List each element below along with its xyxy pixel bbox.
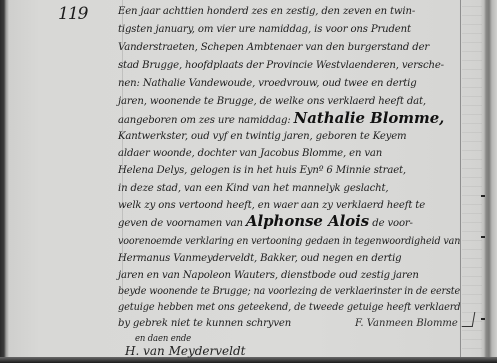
text-line: aangeboren om zes ure namiddag: Nathalie… xyxy=(118,112,460,127)
mother-name: Nathalie Blomme, xyxy=(294,109,445,127)
text-line: Hermanus Vanmeyderveldt, Bakker, oud neg… xyxy=(118,253,460,265)
text-line-suffix: de voor- xyxy=(372,218,413,229)
text-line: welk zy ons vertoond heeft, en waer aan … xyxy=(118,200,460,212)
gutter-mark xyxy=(481,195,485,197)
text-line: beyde woonende te Brugge; na voorlezing … xyxy=(118,286,442,298)
text-line: voorenoemde verklaring en vertooning ged… xyxy=(118,236,442,248)
margin-rule-right xyxy=(460,0,461,358)
child-name: Alphonse Alois xyxy=(246,212,369,230)
registrar-signature: H. van Meyderveldt xyxy=(125,344,245,358)
declarant-signature: F. Vanmeen Blomme xyxy=(355,318,458,329)
text-line-prefix: geven de voornamen van xyxy=(118,218,243,229)
gutter-mark xyxy=(481,318,485,320)
text-line: jaren, woonende te Brugge, de welke ons … xyxy=(118,96,460,108)
text-line: in deze stad, van een Kind van het manne… xyxy=(118,183,460,195)
gutter-mark xyxy=(481,236,485,238)
text-line: nen: Nathalie Vandewoude, vroedvrouw, ou… xyxy=(118,78,460,90)
text-line: Helena Delys, gelogen is in het huis Eyn… xyxy=(118,165,460,177)
page-bottom-edge xyxy=(0,357,497,363)
text-line: getuige hebben met ons geteekend, de twe… xyxy=(118,302,450,314)
text-line: Kantwerkster, oud vyf en twintig jaren, … xyxy=(118,131,460,143)
entry-number: 119 xyxy=(58,4,87,24)
gutter-grid xyxy=(462,0,482,358)
text-line: tigsten january, om vier ure namiddag, i… xyxy=(118,24,460,36)
text-line-prefix: aangeboren om zes ure namiddag: xyxy=(118,115,291,126)
text-line: aldaer woonde, dochter van Jacobus Blomm… xyxy=(118,148,460,160)
text-line: Een jaar achttien honderd zes en zestig,… xyxy=(118,6,460,18)
text-line: jaren en van Napoleon Wauters, dienstbod… xyxy=(118,270,460,282)
text-line: geven de voornamen van Alphonse Alois de… xyxy=(118,215,460,230)
text-line: stad Brugge, hoofdplaats der Provincie W… xyxy=(118,60,460,72)
text-line: Vanderstraeten, Schepen Ambtenaer van de… xyxy=(118,42,460,54)
